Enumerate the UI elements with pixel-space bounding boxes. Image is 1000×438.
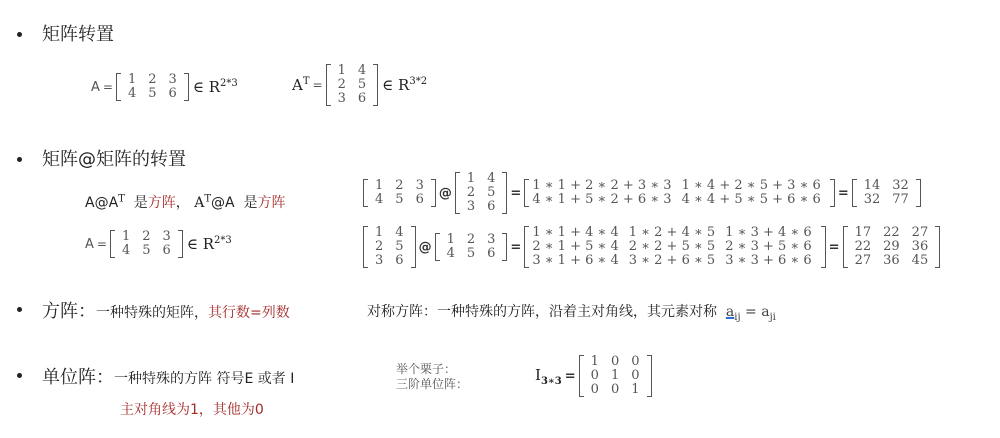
matrix-left: 14 25 36 (363, 226, 416, 268)
matrix-A: 123 456 (116, 73, 189, 101)
matrix-right: 123 456 (435, 233, 508, 261)
symmetric-desc: 对称方阵：一种特殊的方阵，沿着主对角线，其元素对称 (367, 304, 717, 320)
equals-sign: = (838, 186, 849, 201)
equals-sign: = (510, 240, 521, 255)
identity-label: I3∗3 (535, 366, 562, 387)
symmetric-formula: aij = aji (726, 304, 776, 320)
element-of-space: ∈ R2*3 (187, 235, 232, 253)
matrix-left: 123 456 (363, 179, 436, 207)
matrix-A-label: A (91, 80, 100, 95)
section-title-identity: 单位阵： (42, 367, 114, 388)
equals-sign: = (510, 186, 521, 201)
equals-sign: = (97, 237, 107, 251)
identity-matrix-example: I3∗3 = 100 010 001 (535, 355, 652, 397)
identity-matrix: 100 010 001 (579, 355, 652, 397)
equals-sign: = (565, 369, 576, 384)
section-title-square: 方阵： (42, 301, 96, 322)
example-label: 举个栗子： (396, 362, 468, 377)
matrix-A-definition-2: A = 123 456 ∈ R2*3 (85, 230, 232, 258)
matrix-A-label: A (85, 237, 94, 252)
matrix-expanded: 1 ∗ 1 + 4 ∗ 41 ∗ 2 + 4 ∗ 51 ∗ 3 + 4 ∗ 6 … (524, 226, 825, 268)
equals-sign: = (313, 78, 323, 92)
matrix-A: 123 456 (110, 230, 183, 258)
example-AT-A: 14 25 36 @ 123 456 = 1 ∗ 1 + 4 ∗ 41 ∗ 2 … (363, 226, 940, 268)
square-statement: A@AT 是方阵， AT@A 是方阵 (85, 192, 285, 212)
matrix-A-definition: A = 123 456 ∈ R2*3 (91, 73, 238, 101)
matrix-result: 1432 3277 (852, 179, 921, 207)
bullet-icon (17, 307, 22, 312)
matrix-result: 172227 222936 273645 (843, 226, 941, 268)
identity-highlight: 主对角线为1，其他为0 (120, 399, 264, 419)
matrix-expanded: 1 ∗ 1 + 2 ∗ 2 + 3 ∗ 31 ∗ 4 + 2 ∗ 5 + 3 ∗… (524, 179, 835, 207)
bullet-icon (17, 373, 22, 378)
symmetric-matrix-line: 对称方阵：一种特殊的方阵，沿着主对角线，其元素对称 aij = aji (367, 301, 776, 323)
bullet-icon (17, 32, 22, 37)
matmul-operator: @ (419, 240, 432, 255)
identity-desc: 一种特殊的方阵 符号E 或者 I (114, 371, 294, 387)
square-desc: 一种特殊的矩阵， (96, 305, 208, 321)
example-labels: 举个栗子： 三阶单位阵： (396, 362, 468, 392)
element-of-space: ∈ R2*3 (193, 78, 238, 96)
equals-sign: = (829, 240, 840, 255)
matmul-operator: @ (439, 186, 452, 201)
section-title-transpose: 矩阵转置 (42, 20, 114, 46)
matrix-AT-definition: AT = 14 25 36 ∈ R3*2 (292, 64, 427, 106)
example-A-AT: 123 456 @ 14 25 36 = 1 ∗ 1 + 2 ∗ 2 + 3 ∗… (363, 172, 921, 214)
identity-matrix-line: 单位阵：一种特殊的方阵 符号E 或者 I (42, 363, 294, 389)
element-of-space: ∈ R3*2 (382, 76, 427, 94)
square-highlight: 其行数=列数 (208, 305, 290, 321)
matrix-AT-label: AT (292, 76, 310, 94)
equals-sign: = (103, 80, 113, 94)
matrix-right: 14 25 36 (455, 172, 508, 214)
bullet-icon (17, 157, 22, 162)
square-matrix-line: 方阵：一种特殊的矩阵，其行数=列数 (42, 297, 290, 323)
third-order-identity-label: 三阶单位阵： (396, 377, 468, 392)
matrix-AT: 14 25 36 (326, 64, 379, 106)
section-title-matmul-transpose: 矩阵@矩阵的转置 (42, 145, 186, 171)
